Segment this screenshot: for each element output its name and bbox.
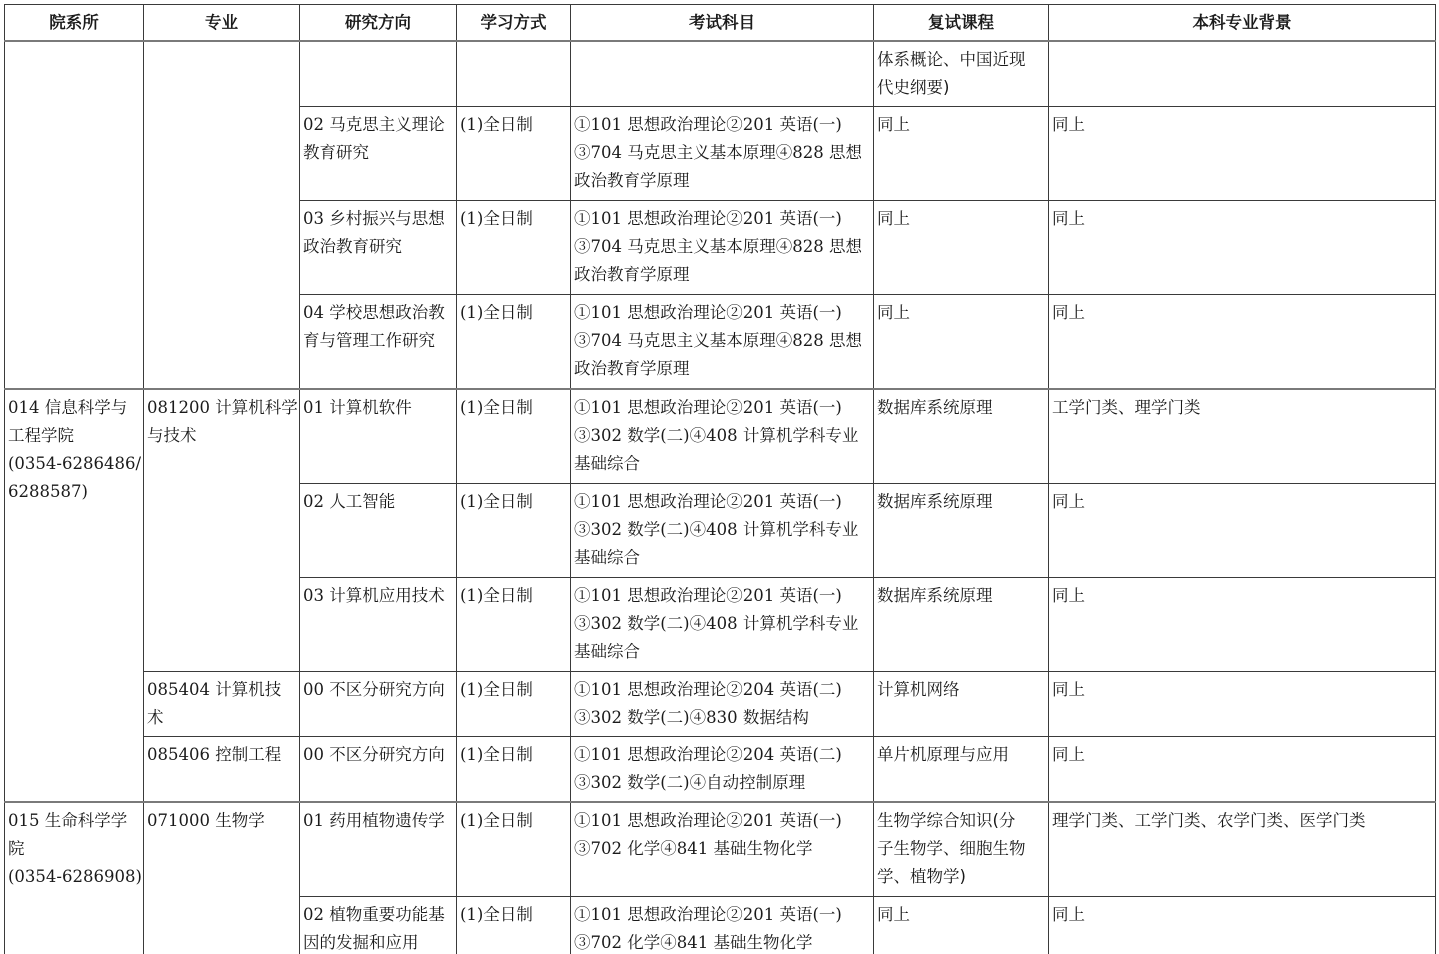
department-cell: 014 信息科学与 工程学院 (0354-6286486/ 6288587) [5, 389, 144, 802]
background-cell: 工学门类、理学门类 [1049, 389, 1436, 484]
mode-cell: (1)全日制 [457, 802, 571, 897]
header-research-direction: 研究方向 [300, 5, 457, 42]
header-study-mode: 学习方式 [457, 5, 571, 42]
table-row: 085404 计算机技术 00 不区分研究方向 (1)全日制 ①101 思想政治… [5, 672, 1436, 737]
mode-cell: (1)全日制 [457, 295, 571, 390]
major-cell: 081200 计算机科学 与技术 [144, 389, 300, 672]
mode-cell: (1)全日制 [457, 737, 571, 803]
header-undergrad-background: 本科专业背景 [1049, 5, 1436, 42]
header-row: 院系所 专业 研究方向 学习方式 考试科目 复试课程 本科专业背景 [5, 5, 1436, 42]
background-cell: 同上 [1049, 737, 1436, 803]
retest-cell: 计算机网络 [874, 672, 1049, 737]
background-cell: 同上 [1049, 672, 1436, 737]
exam-cell [571, 41, 874, 107]
retest-cell: 同上 [874, 295, 1049, 390]
major-cell: 071000 生物学 [144, 802, 300, 954]
exam-cell: ①101 思想政治理论②204 英语(二) ③302 数学(二)④830 数据结… [571, 672, 874, 737]
exam-cell: ①101 思想政治理论②201 英语(一) ③702 化学④841 基础生物化学 [571, 897, 874, 954]
direction-cell: 03 乡村振兴与思想 政治教育研究 [300, 201, 457, 295]
mode-cell: (1)全日制 [457, 201, 571, 295]
header-major: 专业 [144, 5, 300, 42]
table-row: 014 信息科学与 工程学院 (0354-6286486/ 6288587) 0… [5, 389, 1436, 484]
direction-cell: 02 马克思主义理论 教育研究 [300, 107, 457, 201]
direction-cell: 02 人工智能 [300, 484, 457, 578]
major-cell: 085404 计算机技术 [144, 672, 300, 737]
exam-cell: ①101 思想政治理论②204 英语(二) ③302 数学(二)④自动控制原理 [571, 737, 874, 803]
retest-cell: 体系概论、中国近现 代史纲要) [874, 41, 1049, 107]
background-cell: 同上 [1049, 578, 1436, 672]
mode-cell [457, 41, 571, 107]
direction-cell: 03 计算机应用技术 [300, 578, 457, 672]
major-cell: 085406 控制工程 [144, 737, 300, 803]
background-cell: 理学门类、工学门类、农学门类、医学门类 [1049, 802, 1436, 897]
retest-cell: 生物学综合知识(分 子生物学、细胞生物 学、植物学) [874, 802, 1049, 897]
exam-cell: ①101 思想政治理论②201 英语(一) ③702 化学④841 基础生物化学 [571, 802, 874, 897]
direction-cell: 04 学校思想政治教 育与管理工作研究 [300, 295, 457, 390]
header-retest-course: 复试课程 [874, 5, 1049, 42]
mode-cell: (1)全日制 [457, 484, 571, 578]
retest-cell: 同上 [874, 201, 1049, 295]
mode-cell: (1)全日制 [457, 389, 571, 484]
exam-cell: ①101 思想政治理论②201 英语(一) ③302 数学(二)④408 计算机… [571, 389, 874, 484]
header-department: 院系所 [5, 5, 144, 42]
table-row: 015 生命科学学 院 (0354-6286908) 071000 生物学 01… [5, 802, 1436, 897]
background-cell [1049, 41, 1436, 107]
exam-cell: ①101 思想政治理论②201 英语(一) ③302 数学(二)④408 计算机… [571, 484, 874, 578]
major-cell-continued [144, 41, 300, 389]
retest-cell: 同上 [874, 107, 1049, 201]
retest-cell: 单片机原理与应用 [874, 737, 1049, 803]
exam-cell: ①101 思想政治理论②201 英语(一) ③704 马克思主义基本原理④828… [571, 295, 874, 390]
direction-cell: 01 计算机软件 [300, 389, 457, 484]
retest-cell: 数据库系统原理 [874, 578, 1049, 672]
admissions-table: 院系所 专业 研究方向 学习方式 考试科目 复试课程 本科专业背景 体系概论、中… [4, 4, 1436, 954]
table-row: 085406 控制工程 00 不区分研究方向 (1)全日制 ①101 思想政治理… [5, 737, 1436, 803]
background-cell: 同上 [1049, 201, 1436, 295]
background-cell: 同上 [1049, 107, 1436, 201]
exam-cell: ①101 思想政治理论②201 英语(一) ③704 马克思主义基本原理④828… [571, 107, 874, 201]
mode-cell: (1)全日制 [457, 897, 571, 954]
exam-cell: ①101 思想政治理论②201 英语(一) ③302 数学(二)④408 计算机… [571, 578, 874, 672]
exam-cell: ①101 思想政治理论②201 英语(一) ③704 马克思主义基本原理④828… [571, 201, 874, 295]
department-cell-continued [5, 41, 144, 389]
direction-cell: 00 不区分研究方向 [300, 737, 457, 803]
table-row-continuation: 体系概论、中国近现 代史纲要) [5, 41, 1436, 107]
mode-cell: (1)全日制 [457, 578, 571, 672]
header-exam-subjects: 考试科目 [571, 5, 874, 42]
direction-cell: 01 药用植物遗传学 [300, 802, 457, 897]
background-cell: 同上 [1049, 897, 1436, 954]
direction-cell: 00 不区分研究方向 [300, 672, 457, 737]
department-cell: 015 生命科学学 院 (0354-6286908) [5, 802, 144, 954]
retest-cell: 同上 [874, 897, 1049, 954]
retest-cell: 数据库系统原理 [874, 389, 1049, 484]
mode-cell: (1)全日制 [457, 107, 571, 201]
background-cell: 同上 [1049, 484, 1436, 578]
mode-cell: (1)全日制 [457, 672, 571, 737]
background-cell: 同上 [1049, 295, 1436, 390]
direction-cell: 02 植物重要功能基 因的发掘和应用 [300, 897, 457, 954]
direction-cell [300, 41, 457, 107]
retest-cell: 数据库系统原理 [874, 484, 1049, 578]
